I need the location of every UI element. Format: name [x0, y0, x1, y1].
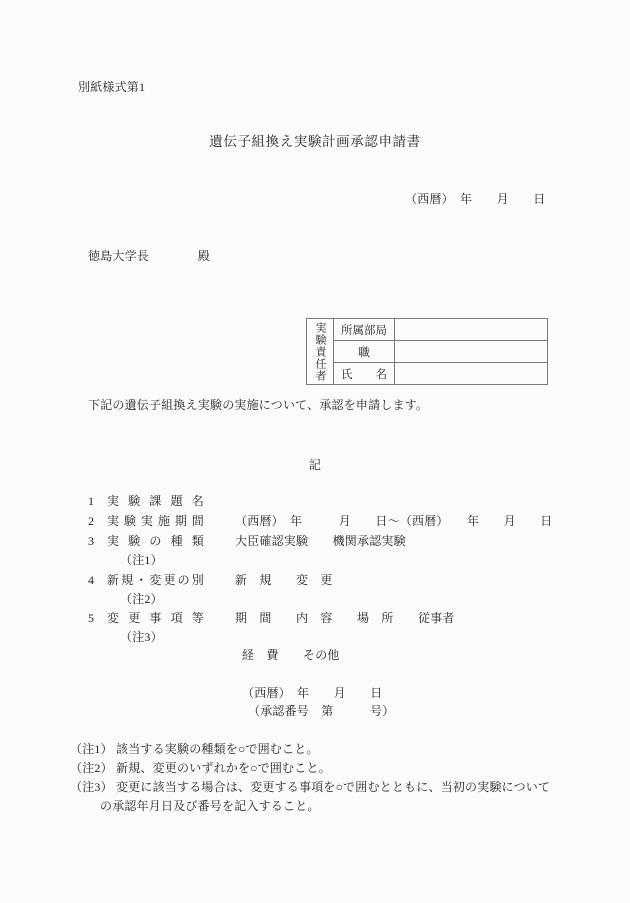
- row-header-cell: 実験責任者: [307, 319, 334, 385]
- table-row: 実験責任者 所属部局: [307, 319, 548, 341]
- value-name: [395, 363, 548, 385]
- item-5-label: 変更事項等: [107, 611, 204, 626]
- item-2-number: 2: [88, 514, 94, 529]
- footnote-2: （注2） 新規、変更のいずれかを○で囲むこと。: [70, 761, 331, 776]
- item-4-number: 4: [88, 573, 94, 588]
- note-marker-3: （注3）: [120, 630, 163, 645]
- item-5-number: 5: [88, 611, 94, 626]
- item-3-label: 実験の種類: [107, 534, 204, 549]
- item-1-number: 1: [88, 494, 94, 509]
- table-row: 職: [307, 341, 548, 363]
- approval-number-line: （承認番号 第 号）: [248, 704, 394, 719]
- page-title: 遺伝子組換え実験計画承認申請書: [0, 134, 630, 149]
- request-sentence: 下記の遺伝子組換え実験の実施について、承認を申請します。: [88, 398, 428, 413]
- row-header-experiment-manager: 実験責任者: [314, 322, 326, 382]
- note-marker-1: （注1）: [120, 553, 163, 568]
- item-1-label: 実験課題名: [107, 494, 204, 509]
- item-2-content: （西暦） 年 月 日～（西暦） 年 月 日: [235, 514, 552, 529]
- label-name: 氏 名: [334, 363, 395, 385]
- table-row: 氏 名: [307, 363, 548, 385]
- value-department: [395, 319, 548, 341]
- value-position: [395, 341, 548, 363]
- approval-date-line: （西暦） 年 月 日: [242, 686, 382, 701]
- footnote-3-line1: （注3） 変更に該当する場合は、変更する事項を○で囲むとともに、当初の実験につい…: [70, 780, 550, 795]
- expense-line: 経 費 その他: [242, 648, 340, 663]
- form-number: 別紙様式第1: [78, 80, 145, 95]
- label-department: 所属部局: [334, 319, 395, 341]
- footnote-1: （注1） 該当する実験の種類を○で囲むこと。: [70, 742, 319, 757]
- addressee-line: 徳島大学長 殿: [88, 249, 210, 264]
- footnote-3-line2: の承認年月日及び番号を記入すること。: [100, 799, 320, 814]
- date-line: （西暦） 年 月 日: [405, 192, 545, 207]
- item-4-content: 新 規 変 更: [235, 573, 333, 588]
- item-5-content: 期 間 内 容 場 所 従事者: [235, 611, 455, 626]
- note-marker-2: （注2）: [120, 592, 163, 607]
- application-form-page: 別紙様式第1 遺伝子組換え実験計画承認申請書 （西暦） 年 月 日 徳島大学長 …: [0, 0, 630, 903]
- item-4-label: 新規・変更の別: [107, 573, 204, 588]
- item-3-number: 3: [88, 534, 94, 549]
- item-2-label: 実験実施期間: [107, 514, 204, 529]
- record-marker: 記: [0, 458, 630, 473]
- responsible-person-table: 実験責任者 所属部局 職 氏 名: [306, 318, 548, 385]
- item-3-content: 大臣確認実験 機関承認実験: [235, 534, 406, 549]
- label-position: 職: [334, 341, 395, 363]
